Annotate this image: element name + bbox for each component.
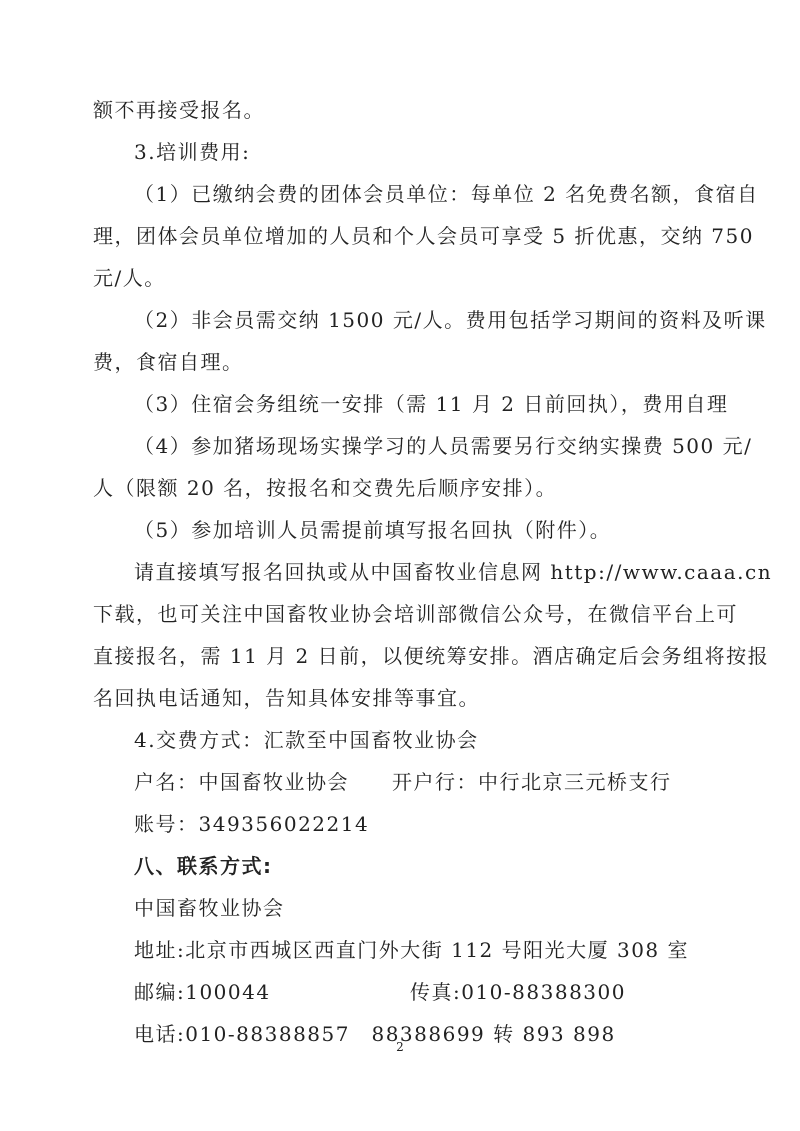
text-line: （5）参加培训人员需提前填写报名回执（附件）。 [134, 518, 611, 542]
text-line: 中国畜牧业协会 [134, 896, 285, 920]
text-line: 人（限额 20 名，按报名和交费先后顺序安排）。 [93, 476, 557, 500]
text-line: 地址:北京市西城区西直门外大街 112 号阳光大厦 308 室 [134, 938, 689, 962]
text-line: （1）已缴纳会费的团体会员单位：每单位 2 名免费名额，食宿自 [134, 182, 759, 206]
text-line: 传真:010-88388300 [410, 980, 626, 1004]
section-heading: 八、联系方式: [134, 854, 273, 878]
page-number: 2 [0, 1040, 800, 1054]
text-line: （3）住宿会务组统一安排（需 11 月 2 日前回执），费用自理 [134, 392, 728, 416]
text-line: 直接报名，需 11 月 2 日前，以便统筹安排。酒店确定后会务组将按报 [93, 644, 769, 668]
text-line: 户名：中国畜牧业协会 开户行：中行北京三元桥支行 [134, 770, 672, 794]
text-line: 账号：349356022214 [134, 812, 369, 836]
text-line: （2）非会员需交纳 1500 元/人。费用包括学习期间的资料及听课 [134, 308, 767, 332]
text-line: 下载，也可关注中国畜牧业协会培训部微信公众号，在微信平台上可 [93, 602, 738, 626]
text-line: 额不再接受报名。 [93, 98, 265, 122]
text-line: 元/人。 [93, 266, 166, 290]
text-line: 费，食宿自理。 [93, 350, 244, 374]
text-line: 请直接填写报名回执或从中国畜牧业信息网 http://www.caaa.cn [134, 560, 772, 584]
text-line: 名回执电话通知，告知具体安排等事宜。 [93, 686, 480, 710]
text-line: 4.交费方式：汇款至中国畜牧业协会 [134, 728, 479, 752]
text-line: 3.培训费用: [134, 140, 250, 164]
text-line: 邮编:100044 [134, 980, 271, 1004]
text-line: 理，团体会员单位增加的人员和个人会员可享受 5 折优惠，交纳 750 [93, 224, 754, 248]
text-line: （4）参加猪场现场实操学习的人员需要另行交纳实操费 500 元/ [134, 434, 752, 458]
